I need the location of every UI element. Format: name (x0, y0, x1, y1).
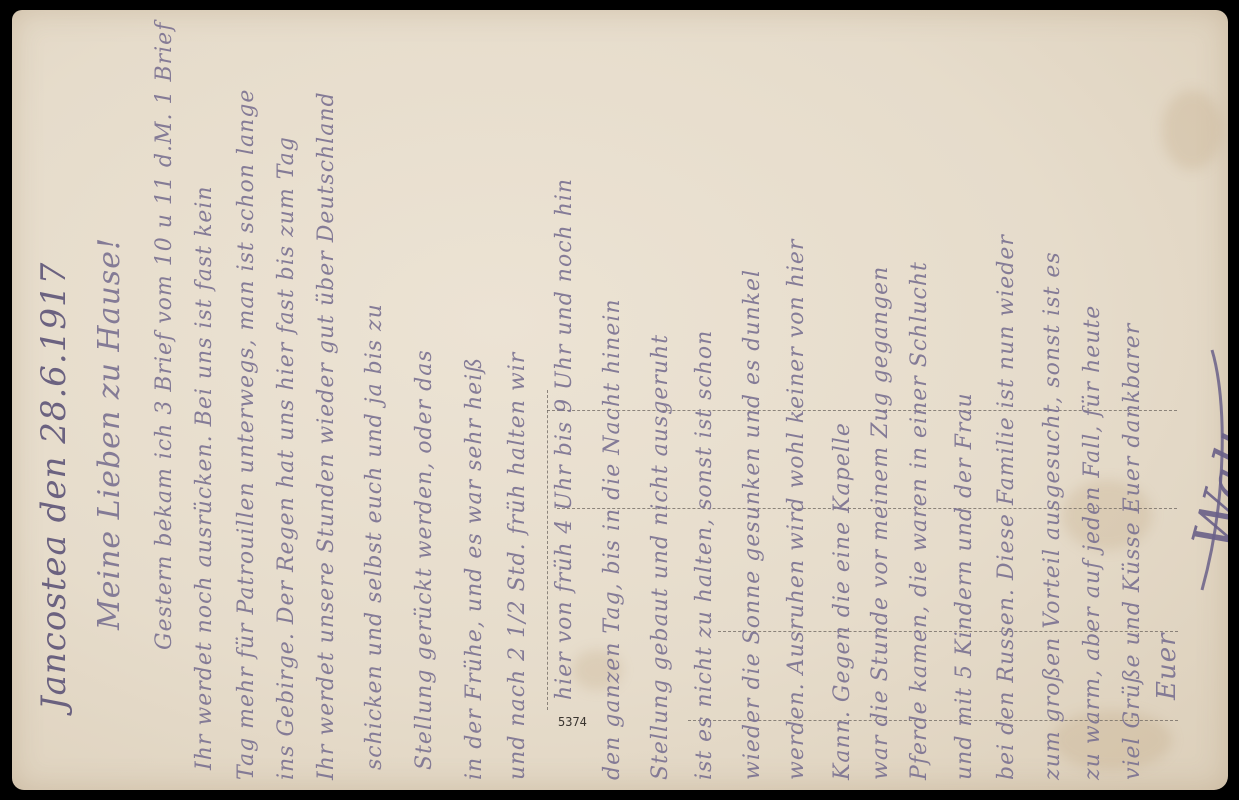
letter-line: Pferde kamen, die waren in einer Schluch… (907, 261, 932, 780)
postcard-back: 5374 Jancostea den 28.6.1917 Meine Liebe… (12, 10, 1228, 790)
closing-line: Euer (1152, 632, 1182, 700)
letter-line: in der Frühe, und es war sehr heiß (462, 357, 487, 780)
letter-line: zum großen Vorteil ausgesucht, sonst ist… (1040, 251, 1065, 780)
salutation-line: Meine Lieben zu Hause! (92, 237, 127, 630)
paper-stain (1052, 710, 1172, 770)
letter-line: werden. Ausruhen wird wohl keiner von hi… (784, 239, 809, 780)
letter-line: zu warm, aber auf jeden Fall, für heute (1080, 305, 1105, 780)
address-divider-line (547, 390, 548, 710)
letter-line: und nach 2 1/2 Std. früh halten wir (505, 352, 530, 780)
letter-line: Stellung gebaut und nicht ausgeruht (648, 334, 673, 780)
letter-line: Ihr werdet noch ausrücken. Bei uns ist f… (192, 185, 217, 770)
letter-line: Ihr werdet unsere Stunden wieder gut übe… (314, 91, 339, 780)
signature-flourish (1172, 340, 1228, 600)
letter-line: Stellung gerückt werden, oder das (412, 349, 437, 770)
letter-line: Tag mehr für Patrouillen unterwegs, man … (234, 89, 259, 780)
letter-line: und mit 5 Kindern und der Frau (952, 392, 977, 780)
letter-line: ist es nicht zu halten, sonst ist schon (692, 330, 717, 780)
printed-card-number: 5374 (558, 715, 587, 729)
letter-line: ins Gebirge. Der Regen hat uns hier fast… (274, 136, 299, 780)
letter-line: den ganzen Tag, bis in die Nacht hinein (600, 298, 625, 780)
letter-line: war die Stunde vor meinem Zug gegangen (868, 266, 893, 780)
letter-line: hier von früh 4 Uhr bis 9 Uhr und noch h… (552, 178, 577, 700)
place-date-line: Jancostea den 28.6.1917 (34, 262, 74, 710)
letter-line: Kann. Gegen die eine Kapelle (830, 422, 855, 780)
letter-line: wieder die Sonne gesunken und es dunkel (740, 269, 765, 780)
letter-line: bei den Russen. Diese Familie ist nun wi… (994, 234, 1019, 780)
letter-line: schicken und selbst euch und ja bis zu (362, 303, 387, 770)
paper-stain (1162, 90, 1222, 170)
letter-line: Gestern bekam ich 3 Brief vom 10 u 11 d.… (152, 22, 177, 650)
letter-line: viel Grüße und Küsse Euer dankbarer (1120, 323, 1145, 780)
